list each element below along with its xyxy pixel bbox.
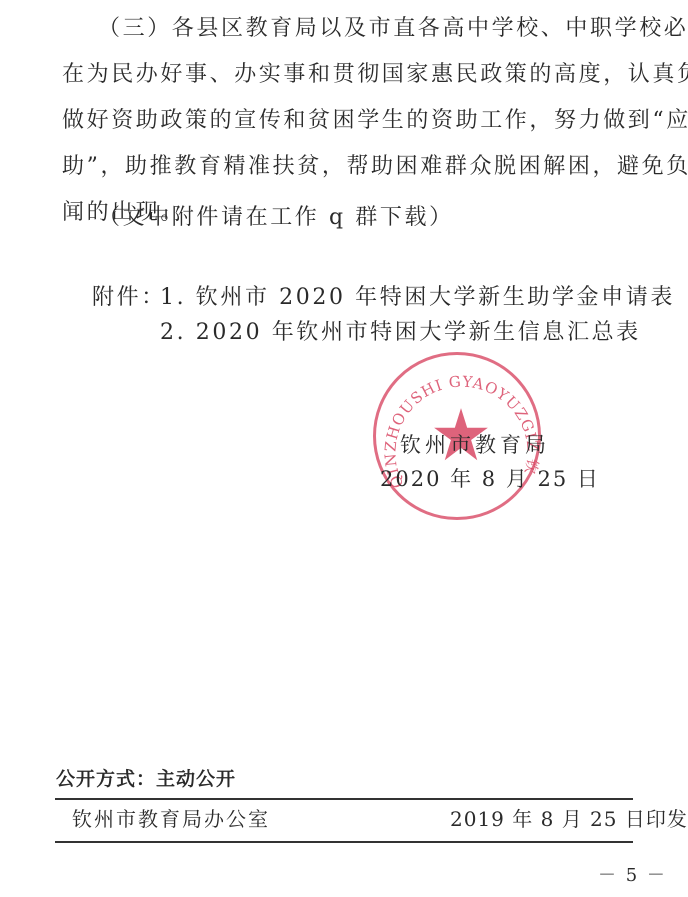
attachments-label: 附件： — [92, 283, 166, 313]
paragraph-line-4: 助”，助推教育精准扶贫，帮助困难群众脱困解困，避免负面新 — [62, 152, 688, 182]
footer-bottom-rule — [55, 841, 633, 843]
signature-organization: 钦州市教育局 — [400, 431, 550, 459]
paragraph-line-3: 做好资助政策的宣传和贫困学生的资助工作，努力做到“应助尽 — [62, 106, 688, 136]
disclosure-method: 公开方式：主动公开 — [56, 766, 236, 792]
download-note: （文中附件请在工作 q 群下载） — [98, 203, 454, 233]
signature-date: 2020 年 8 月 25 日 — [380, 465, 600, 493]
attachment-item-2: 2. 2020 年钦州市特困大学新生信息汇总表 — [160, 318, 641, 348]
attachment-item-1: 1. 钦州市 2020 年特困大学新生助学金申请表 — [160, 283, 675, 313]
footer-top-rule — [55, 798, 633, 800]
paragraph-line-2: 在为民办好事、办实事和贯彻国家惠民政策的高度，认真负责地 — [62, 60, 688, 90]
paragraph-line-1: （三）各县区教育局以及市直各高中学校、中职学校必须站 — [98, 14, 688, 44]
issue-date: 2019 年 8 月 25 日印发 — [450, 806, 688, 832]
page-number: － 5 － — [598, 863, 667, 889]
issuing-office: 钦州市教育局办公室 — [72, 806, 270, 832]
